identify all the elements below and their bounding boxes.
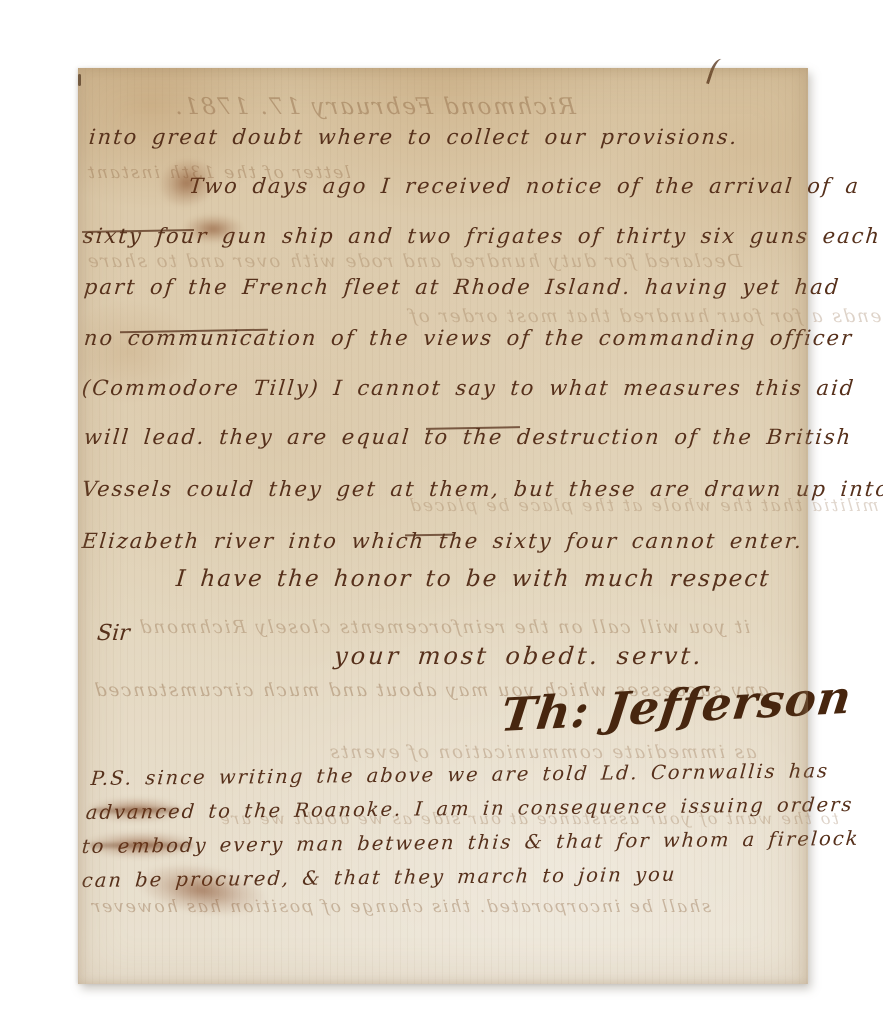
letter-line: will lead. they are equal to the destruc… bbox=[83, 425, 853, 449]
letter-line: Two days ago I received notice of the ar… bbox=[188, 174, 861, 198]
letter-line: Vessels could they get at them, but thes… bbox=[81, 477, 883, 501]
postscript-line: can be procured, & that they march to jo… bbox=[81, 863, 677, 892]
valediction: your most obedt. servt. bbox=[333, 642, 705, 670]
corner-ink-mark bbox=[706, 57, 727, 88]
letter-line: sixty four gun ship and two frigates of … bbox=[82, 224, 882, 248]
bleedthrough-line: Attends a for four hundred that most ord… bbox=[407, 306, 883, 327]
letter-line: no communication of the views of the com… bbox=[83, 326, 854, 350]
edge-ink-tick bbox=[78, 74, 81, 86]
bleedthrough-line: Declared for duty hundred and rode with … bbox=[85, 251, 743, 272]
bleedthrough-line: Richmond February 17. 1781. bbox=[172, 94, 577, 120]
bleedthrough-line: shall be incorporated. this change of po… bbox=[89, 897, 712, 917]
letter-line: part of the French fleet at Rhode Island… bbox=[83, 275, 841, 299]
salutation: Sir bbox=[96, 621, 131, 646]
letter-page: Richmond February 17. 1781. letter of th… bbox=[78, 68, 808, 984]
postscript-line: P.S. since writing the above we are told… bbox=[90, 759, 830, 790]
signature: Th: Jefferson bbox=[498, 670, 855, 742]
letter-line: Elizabeth river into which the sixty fou… bbox=[81, 529, 804, 553]
letter-line: (Commodore Tilly) I cannot say to what m… bbox=[81, 376, 856, 400]
postscript-line: to embody every man between this & that … bbox=[81, 827, 861, 858]
scan-background: Richmond February 17. 1781. letter of th… bbox=[0, 0, 883, 1024]
postscript-line: advanced to the Roanoke. I am in consequ… bbox=[85, 793, 854, 824]
bleedthrough-line: it you will call on the reinforcements c… bbox=[137, 617, 751, 638]
closing-line: I have the honor to be with much respect bbox=[175, 566, 772, 592]
letter-line: into great doubt where to collect our pr… bbox=[88, 125, 739, 149]
